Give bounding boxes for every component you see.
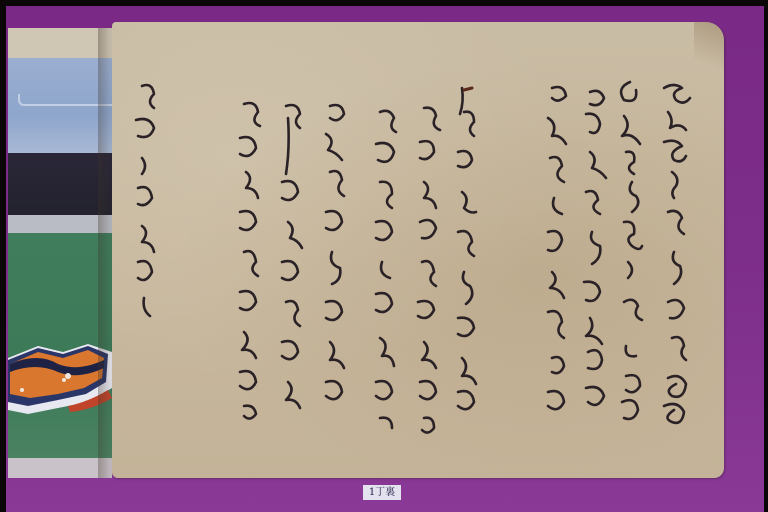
calligraphy-column-4 — [548, 87, 566, 409]
calligraphy-column-6 — [418, 108, 440, 433]
calligraphy-column-2 — [621, 82, 642, 419]
reclining-figure-illustration — [8, 338, 112, 418]
kana-calligraphy-text — [112, 22, 724, 478]
page-number-label: 1丁裏 — [363, 485, 401, 500]
calligraphy-column-1 — [664, 85, 690, 423]
illustration-white-band — [8, 215, 112, 233]
illustration-bottom-band — [8, 458, 112, 478]
calligraphy-column-11 — [136, 85, 154, 316]
calligraphy-column-5 — [458, 88, 476, 409]
calligraphy-column-3 — [584, 91, 606, 405]
calligraphy-column-8 — [326, 105, 344, 399]
calligraphy-column-7 — [376, 111, 396, 428]
calligraphy-column-9 — [282, 105, 302, 408]
illustration-dark-band — [8, 153, 112, 215]
manuscript-page — [112, 22, 724, 478]
illustrated-left-page — [8, 28, 112, 478]
calligraphy-column-10 — [240, 103, 260, 419]
